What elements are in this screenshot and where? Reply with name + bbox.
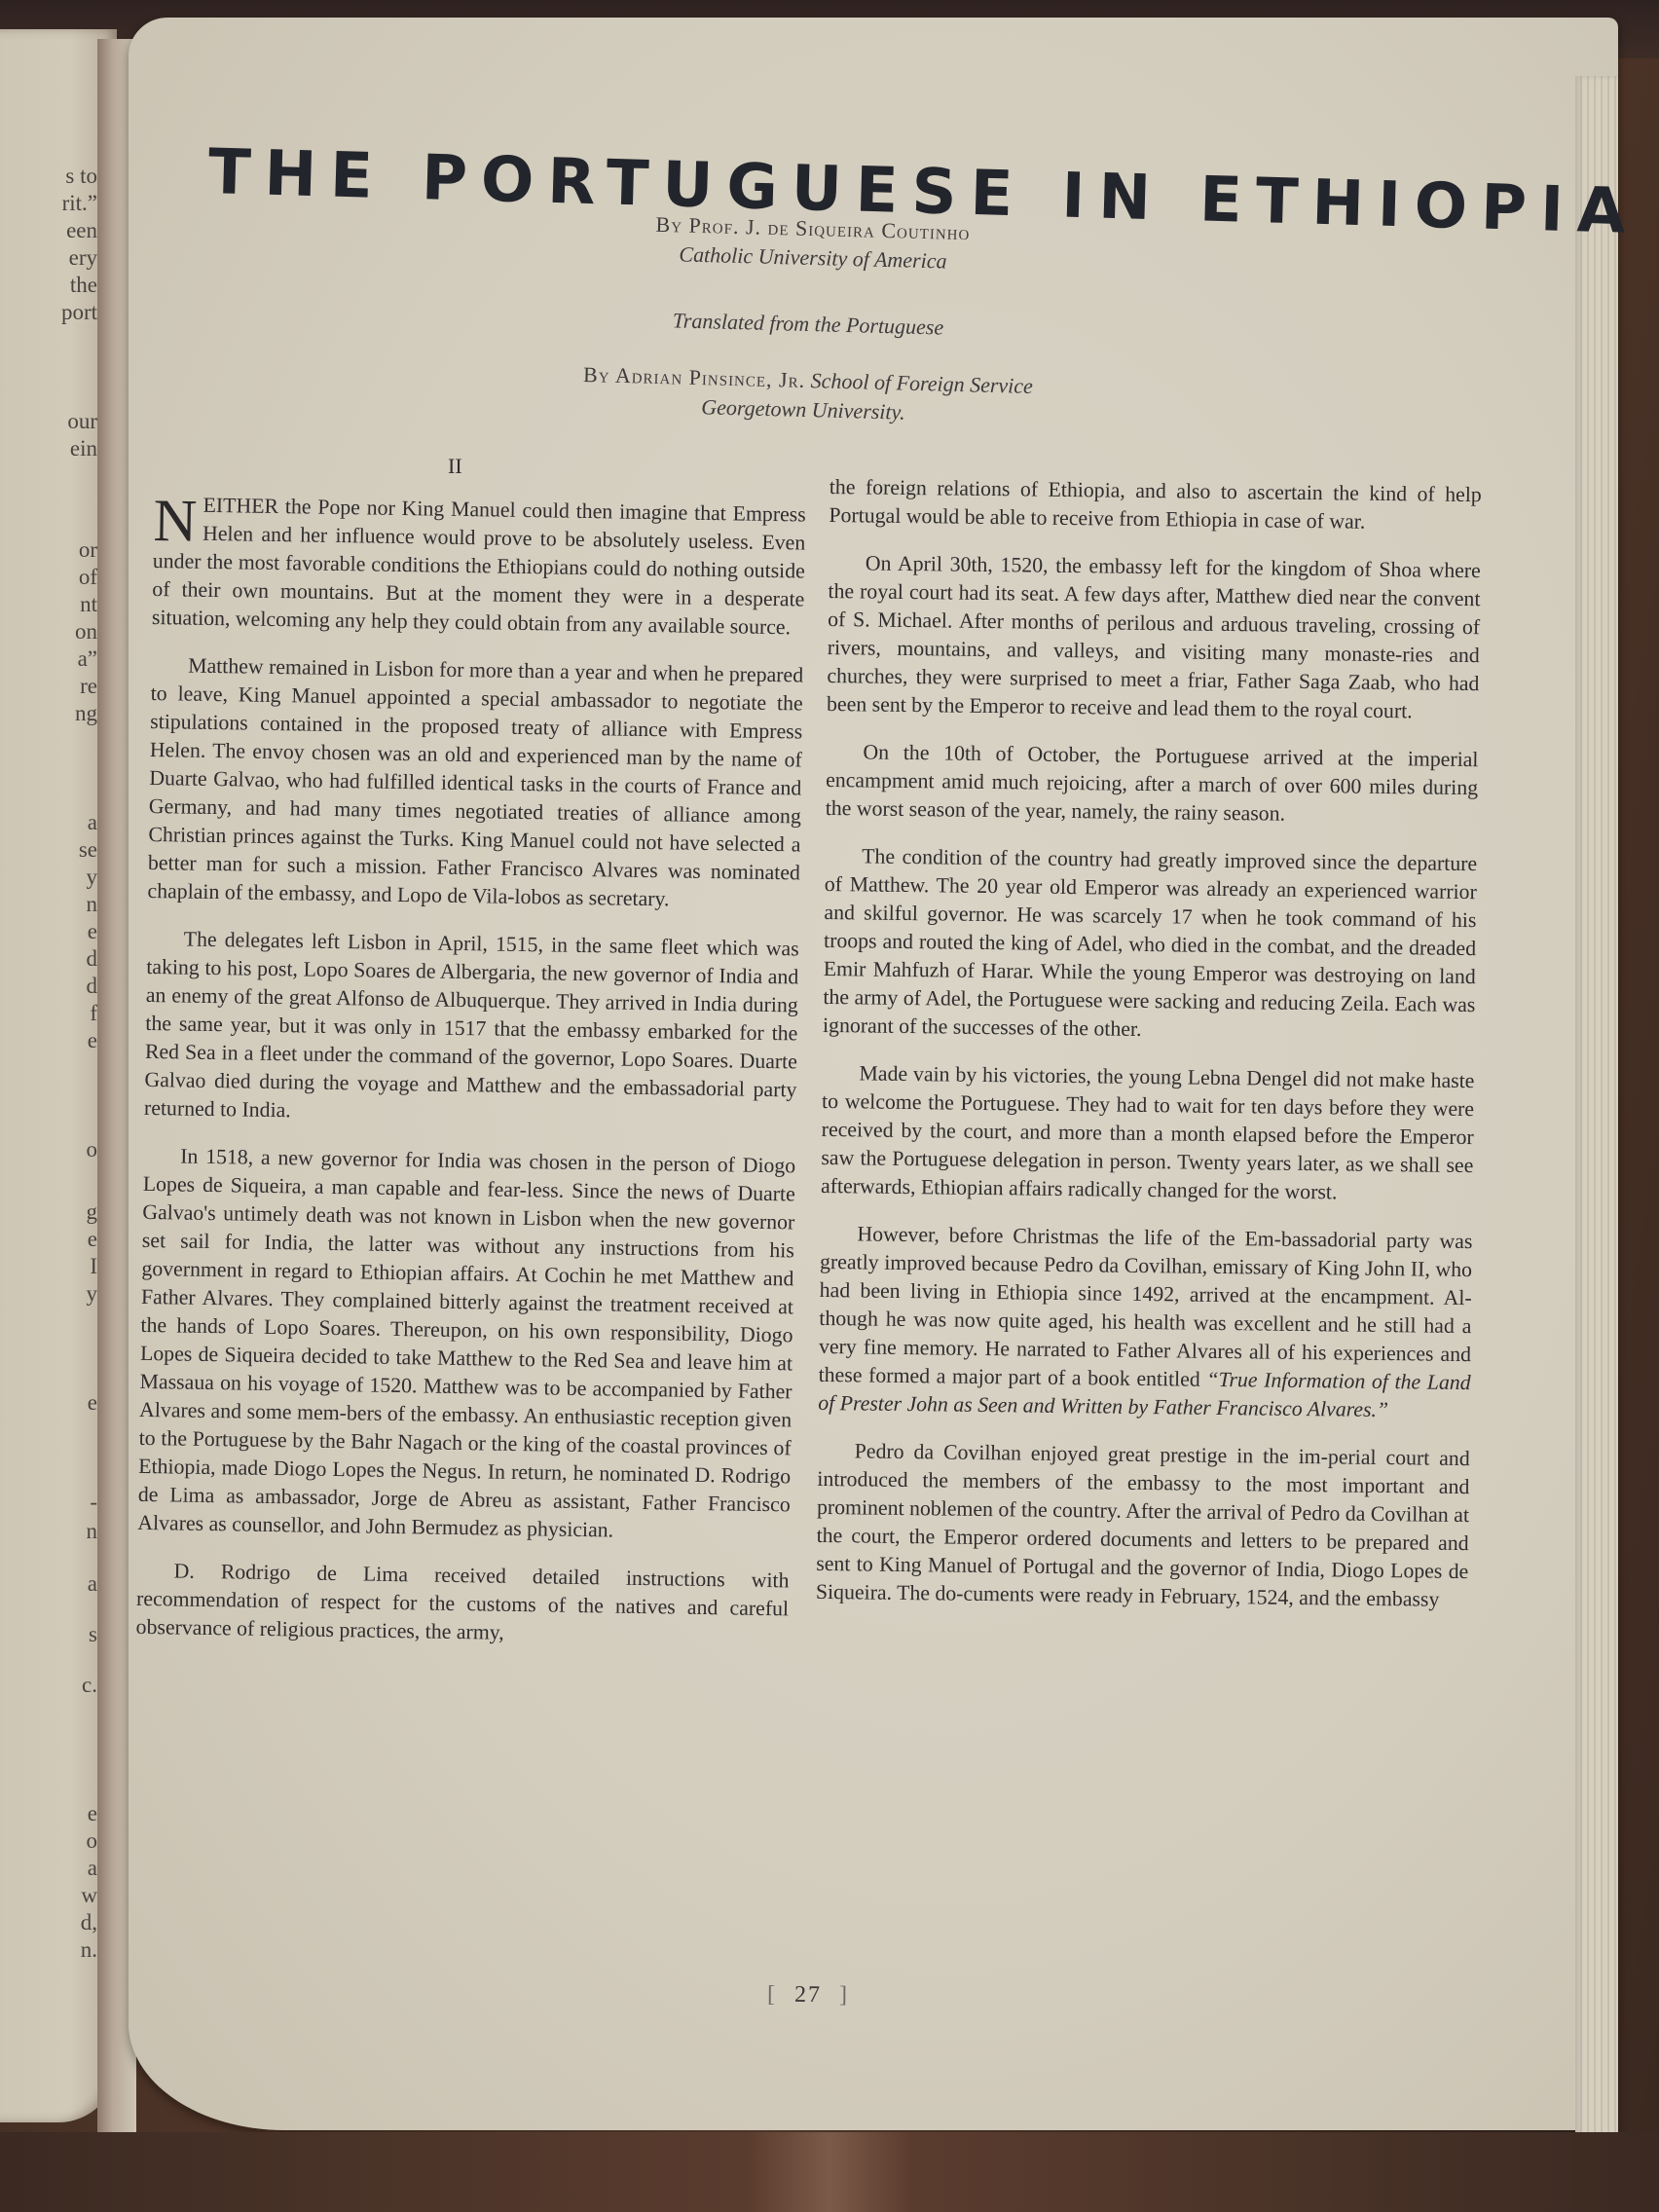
facing-page-fragment: a [88,1856,97,1881]
facing-page-fragment: s to [65,164,97,189]
facing-page-fragment: y [87,1281,98,1307]
page-number-value: 27 [794,1982,822,2008]
paragraph: However, before Christmas the life of th… [818,1220,1472,1425]
paragraph: Pedro da Covilhan enjoyed great prestige… [816,1437,1470,1614]
facing-page-fragment: o [87,1828,98,1854]
facing-page-fragment: the [70,273,97,298]
facing-page-fragment: d, [81,1910,97,1935]
facing-page-fragment: se [79,837,97,863]
translator-name: By Adrian Pinsince, Jr. [583,362,806,392]
facing-page-fragment: n [87,892,98,917]
paragraph: Matthew remained in Lisbon for more than… [147,651,803,915]
facing-page-fragment: - [90,1490,97,1515]
facing-page-fragment: a [88,810,97,835]
facing-page-fragment: d [87,946,98,972]
facing-page-fragment: d [87,974,98,999]
page-number-bracket-open: [ [767,1982,777,2008]
facing-page-fragment: n. [81,1937,97,1963]
facing-page-fragment: o [87,1137,98,1162]
paragraph: Made vain by his victories, the young Le… [821,1059,1475,1208]
facing-page-fragment: nt [80,592,97,617]
right-column: the foreign relations of Ethiopia, and a… [816,473,1482,1634]
facing-page-fragment: ein [70,436,97,461]
facing-page-fragment: a [88,1571,97,1597]
page-edges [1575,76,1618,2150]
paragraph: D. Rodrigo de Lima received detailed ins… [135,1557,789,1652]
facing-page-fragment: a” [78,646,97,672]
facing-page-fragment: f [90,1001,97,1026]
paragraph: On April 30th, 1520, the embassy left fo… [827,549,1481,726]
paragraph: The condition of the country had greatly… [823,842,1477,1048]
facing-page-fragment: e [88,1227,97,1252]
facing-page-fragment: port [61,300,97,325]
left-column: NEITHER the Pope nor King Manuel could t… [135,491,806,1671]
facing-page-fragment: ery [69,245,97,271]
facing-page-fragment: on [75,619,97,645]
paragraph: In 1518, a new governor for India was ch… [137,1142,795,1547]
facing-page-fragment: rit.” [62,191,97,216]
facing-page-fragment: re [80,674,97,699]
lead-word: EITHER [203,494,278,518]
translator-school: School of Foreign Service [810,368,1033,398]
facing-page-fragment: e [88,1801,97,1826]
paragraph: the foreign relations of Ethiopia, and a… [829,473,1482,537]
section-number: II [448,454,462,479]
facing-page-fragment: e [88,919,97,944]
facing-page-fragment: of [79,565,97,590]
paragraph: NEITHER the Pope nor King Manuel could t… [152,491,806,643]
table-surface-bottom [0,2132,1659,2212]
facing-page-fragment: w [81,1883,97,1908]
facing-page-fragment: y [87,865,98,890]
drop-cap: N [153,497,198,546]
facing-page-fragment: ng [75,701,97,726]
facing-page-fragment: g [87,1199,98,1225]
facing-page-fragment: e [88,1028,97,1053]
paragraph-text: However, before Christmas the life of th… [819,1222,1473,1390]
facing-page-fragment: e [88,1390,97,1416]
paragraph: The delegates left Lisbon in April, 1515… [144,925,799,1132]
facing-page-fragment: or [79,537,97,563]
facing-page-fragment: s [89,1622,97,1647]
page-number: [27] [750,1982,866,2009]
page-number-bracket-close: ] [839,1982,849,2008]
paragraph: On the 10th of October, the Portuguese a… [826,738,1479,830]
facing-page-fragment: c. [82,1673,97,1698]
facing-page-fragment: een [66,218,97,243]
facing-page-fragment: I [90,1254,97,1279]
facing-page-fragment: our [67,409,97,434]
facing-page-fragment: n [87,1519,98,1544]
